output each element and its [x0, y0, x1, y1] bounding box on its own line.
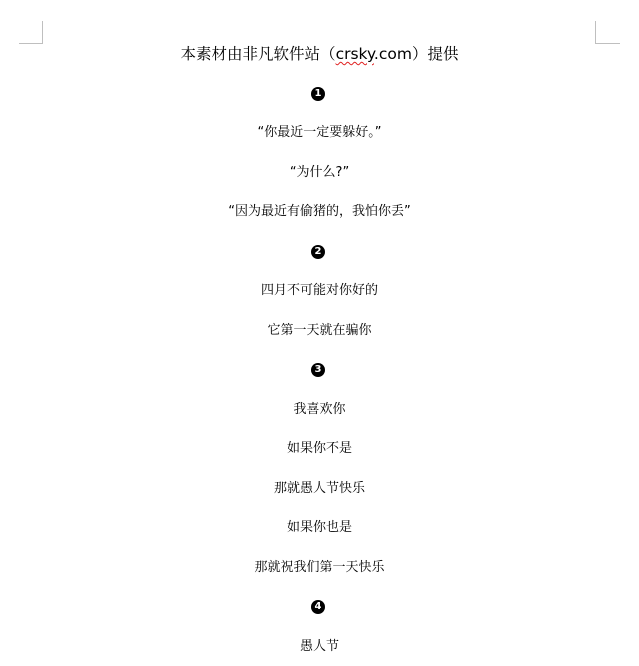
section-number-badge-4: 4	[311, 600, 325, 614]
paragraph: 四月不可能对你好的	[0, 283, 639, 299]
paragraph: “你最近一定要躲好。”	[0, 125, 639, 141]
paragraph: 那就愚人节快乐	[0, 481, 639, 497]
section-number-badge-2: 2	[311, 245, 325, 259]
paragraph: “为什么?”	[0, 165, 639, 181]
title-suffix: .com）提供	[374, 45, 459, 63]
section-number-badge-3: 3	[311, 363, 325, 377]
page-corner-mark-top-left	[19, 21, 43, 44]
paragraph: 它第一天就在骗你	[0, 323, 639, 339]
document-title: 本素材由非凡软件站（crsky.com）提供	[0, 45, 639, 63]
paragraph: 如果你也是	[0, 520, 639, 536]
spellcheck-flagged-word[interactable]: crsky	[336, 45, 374, 63]
paragraph: 那就祝我们第一天快乐	[0, 560, 639, 576]
paragraph: 愚人节	[0, 639, 639, 655]
paragraph: 我喜欢你	[0, 402, 639, 418]
page-corner-mark-top-right	[595, 21, 620, 44]
paragraph: “因为最近有偷猪的，我怕你丢”	[0, 204, 639, 220]
paragraph: 如果你不是	[0, 441, 639, 457]
section-number-badge-1: 1	[311, 87, 325, 101]
title-prefix: 本素材由非凡软件站（	[181, 45, 336, 63]
